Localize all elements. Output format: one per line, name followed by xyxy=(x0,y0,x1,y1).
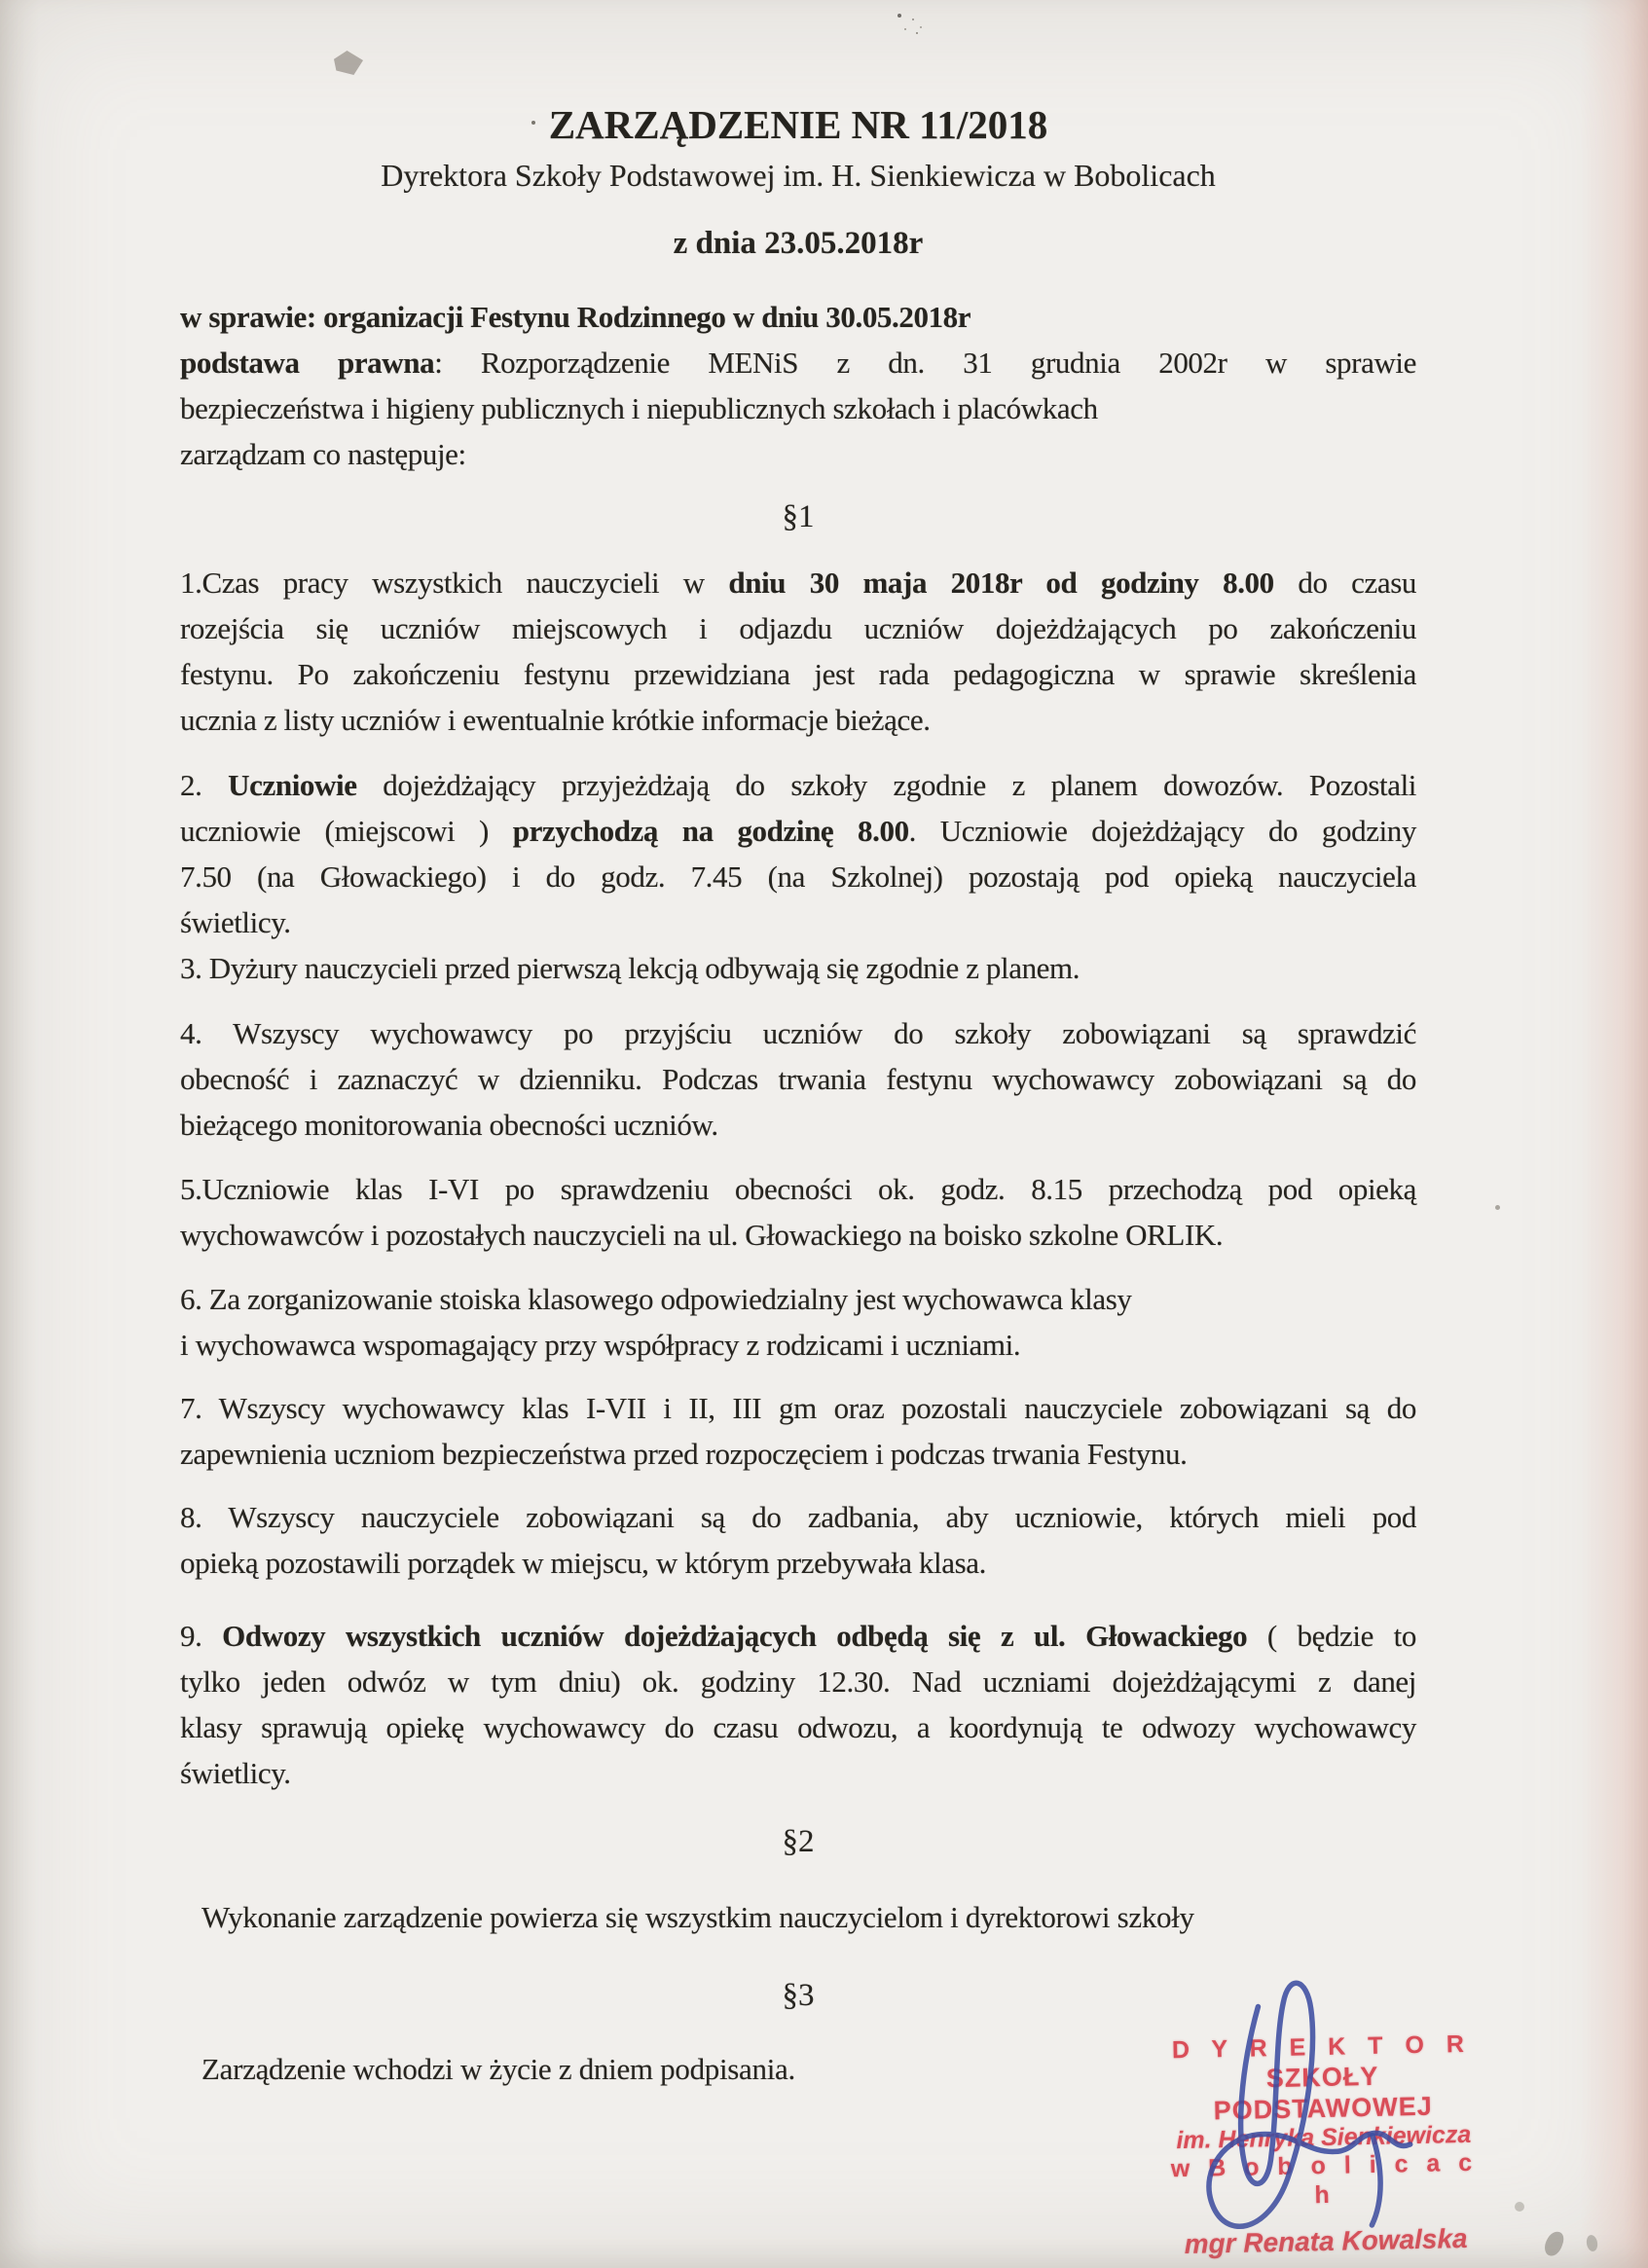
text-line: świetlicy. xyxy=(180,899,1416,945)
text-line: uczniowie (miejscowi ) przychodzą na god… xyxy=(180,808,1416,854)
text-segment: 7.50 (na Głowackiego) i do godz. 7.45 (n… xyxy=(180,860,1416,894)
text-line: świetlicy. xyxy=(180,1750,1416,1796)
text-segment: tylko jeden odwóz w tym dniu) ok. godzin… xyxy=(180,1664,1416,1699)
text-segment: ( będzie to xyxy=(1247,1619,1416,1653)
text-segment: 6. Za zorganizowanie stoiska klasowego o… xyxy=(180,1282,1132,1316)
document-subtitle: Dyrektora Szkoły Podstawowej im. H. Sien… xyxy=(180,154,1416,197)
scanned-document-page: ZARZĄDZENIE NR 11/2018 Dyrektora Szkoły … xyxy=(0,0,1648,2268)
text-line: rozejścia się uczniów miejscowych i odja… xyxy=(180,605,1416,651)
text-segment: zapewnienia uczniom bezpieczeństwa przed… xyxy=(180,1437,1187,1471)
text-line: tylko jeden odwóz w tym dniu) ok. godzin… xyxy=(180,1659,1416,1704)
text-segment: do czasu xyxy=(1274,566,1416,600)
text-line: bezpieczeństwa i higieny publicznych i n… xyxy=(180,385,1416,431)
text-line: ucznia z listy uczniów i ewentualnie kró… xyxy=(180,697,1416,743)
text-segment: i wychowawca wspomagający przy współprac… xyxy=(180,1328,1020,1362)
text-segment: bezpieczeństwa i higieny publicznych i n… xyxy=(180,391,1098,425)
document-body: ZARZĄDZENIE NR 11/2018 Dyrektora Szkoły … xyxy=(180,0,1416,2092)
text-segment: 8. Wszyscy nauczyciele zobowiązani są do… xyxy=(180,1500,1416,1534)
text-line: 3. Dyżury nauczycieli przed pierwszą lek… xyxy=(180,945,1416,991)
text-segment: 1.Czas pracy wszystkich nauczycieli w xyxy=(180,566,728,600)
text-segment: w sprawie: organizacji Festynu Rodzinneg… xyxy=(180,300,970,334)
scan-edge-shadow xyxy=(0,0,39,2268)
text-segment: opieką pozostawili porządek w miejscu, w… xyxy=(180,1546,986,1580)
paragraph-8: 8. Wszyscy nauczyciele zobowiązani są do… xyxy=(180,1494,1416,1586)
text-line: 7. Wszyscy wychowawcy klas I-VII i II, I… xyxy=(180,1385,1416,1431)
text-segment: bieżącego monitorowania obecności ucznió… xyxy=(180,1108,718,1142)
intro-block: w sprawie: organizacji Festynu Rodzinneg… xyxy=(180,294,1416,477)
text-line: opieką pozostawili porządek w miejscu, w… xyxy=(180,1540,1416,1586)
text-segment: Uczniowie xyxy=(228,768,356,802)
text-line: bieżącego monitorowania obecności ucznió… xyxy=(180,1102,1416,1148)
text-line: 5.Uczniowie klas I-VI po sprawdzeniu obe… xyxy=(180,1166,1416,1212)
text-segment: : Rozporządzenie MENiS z dn. 31 grudnia … xyxy=(434,346,1416,380)
text-line: zapewnienia uczniom bezpieczeństwa przed… xyxy=(180,1431,1416,1477)
text-line: 2. Uczniowie dojeżdżający przyjeżdżają d… xyxy=(180,762,1416,808)
text-line: 1.Czas pracy wszystkich nauczycieli w dn… xyxy=(180,560,1416,605)
paragraph-6: 6. Za zorganizowanie stoiska klasowego o… xyxy=(180,1276,1416,1368)
text-segment: obecność i zaznaczyć w dzienniku. Podcza… xyxy=(180,1062,1416,1096)
paragraph-2: 2. Uczniowie dojeżdżający przyjeżdżają d… xyxy=(180,762,1416,945)
text-line: 4. Wszyscy wychowawcy po przyjściu uczni… xyxy=(180,1010,1416,1056)
text-segment: 5.Uczniowie klas I-VI po sprawdzeniu obe… xyxy=(180,1172,1416,1206)
text-line: obecność i zaznaczyć w dzienniku. Podcza… xyxy=(180,1056,1416,1102)
text-line: podstawa prawna: Rozporządzenie MENiS z … xyxy=(180,340,1416,385)
text-segment: festynu. Po zakończeniu festynu przewidz… xyxy=(180,657,1416,691)
text-segment: . Uczniowie dojeżdżający do godziny xyxy=(909,814,1416,848)
scan-edge-tint xyxy=(1580,0,1648,2268)
text-segment: 4. Wszyscy wychowawcy po przyjściu uczni… xyxy=(180,1016,1416,1050)
text-line: wychowawców i pozostałych nauczycieli na… xyxy=(180,1212,1416,1258)
text-segment: świetlicy. xyxy=(180,1756,291,1790)
text-segment: przychodzą na godzinę 8.00 xyxy=(513,814,909,848)
text-segment: 7. Wszyscy wychowawcy klas I-VII i II, I… xyxy=(180,1391,1416,1425)
text-segment: świetlicy. xyxy=(180,905,291,939)
text-line: festynu. Po zakończeniu festynu przewidz… xyxy=(180,651,1416,697)
document-title: ZARZĄDZENIE NR 11/2018 xyxy=(180,101,1416,148)
text-segment: rozejścia się uczniów miejscowych i odja… xyxy=(180,611,1416,645)
paragraph-5: 5.Uczniowie klas I-VI po sprawdzeniu obe… xyxy=(180,1166,1416,1258)
text-segment: uczniowie (miejscowi ) xyxy=(180,814,513,848)
paragraph-1: 1.Czas pracy wszystkich nauczycieli w dn… xyxy=(180,560,1416,743)
text-line: i wychowawca wspomagający przy współprac… xyxy=(180,1322,1416,1368)
text-segment: wychowawców i pozostałych nauczycieli na… xyxy=(180,1218,1223,1252)
text-line: klasy sprawują opiekę wychowawcy do czas… xyxy=(180,1704,1416,1750)
signature-ink xyxy=(1142,1963,1482,2257)
text-line: 9. Odwozy wszystkich uczniów dojeżdżając… xyxy=(180,1613,1416,1659)
scan-blob xyxy=(1515,2202,1524,2212)
scan-dot xyxy=(1495,1205,1500,1210)
paragraph-9: 9. Odwozy wszystkich uczniów dojeżdżając… xyxy=(180,1613,1416,1796)
text-segment: zarządzam co następuje: xyxy=(180,437,466,471)
text-segment: dojeżdżający przyjeżdżają do szkoły zgod… xyxy=(357,768,1416,802)
document-date: z dnia 23.05.2018r xyxy=(180,222,1416,265)
paragraph-3: 3. Dyżury nauczycieli przed pierwszą lek… xyxy=(180,945,1416,991)
text-line: 7.50 (na Głowackiego) i do godz. 7.45 (n… xyxy=(180,854,1416,899)
text-line: 6. Za zorganizowanie stoiska klasowego o… xyxy=(180,1276,1416,1322)
paragraph-4: 4. Wszyscy wychowawcy po przyjściu uczni… xyxy=(180,1010,1416,1148)
text-segment: Odwozy wszystkich uczniów dojeżdżających… xyxy=(222,1619,1247,1653)
text-segment: 9. xyxy=(180,1619,222,1653)
text-line: 8. Wszyscy nauczyciele zobowiązani są do… xyxy=(180,1494,1416,1540)
section-2-heading: §2 xyxy=(180,1819,1416,1865)
section-1-heading: §1 xyxy=(180,494,1416,540)
paragraph-list: 1.Czas pracy wszystkich nauczycieli w dn… xyxy=(180,560,1416,1796)
text-segment: dniu 30 maja 2018r od godziny 8.00 xyxy=(728,566,1273,600)
text-line: zarządzam co następuje: xyxy=(180,431,1416,477)
scan-blob xyxy=(1542,2229,1565,2258)
text-segment: 3. Dyżury nauczycieli przed pierwszą lek… xyxy=(180,951,1080,985)
text-line: w sprawie: organizacji Festynu Rodzinneg… xyxy=(180,294,1416,340)
execution-line: Wykonanie zarządzenie powierza się wszys… xyxy=(180,1894,1416,1940)
text-segment: klasy sprawują opiekę wychowawcy do czas… xyxy=(180,1710,1416,1744)
text-segment: ucznia z listy uczniów i ewentualnie kró… xyxy=(180,703,931,737)
paragraph-7: 7. Wszyscy wychowawcy klas I-VII i II, I… xyxy=(180,1385,1416,1477)
text-segment: podstawa prawna xyxy=(180,346,434,380)
text-segment: 2. xyxy=(180,768,228,802)
